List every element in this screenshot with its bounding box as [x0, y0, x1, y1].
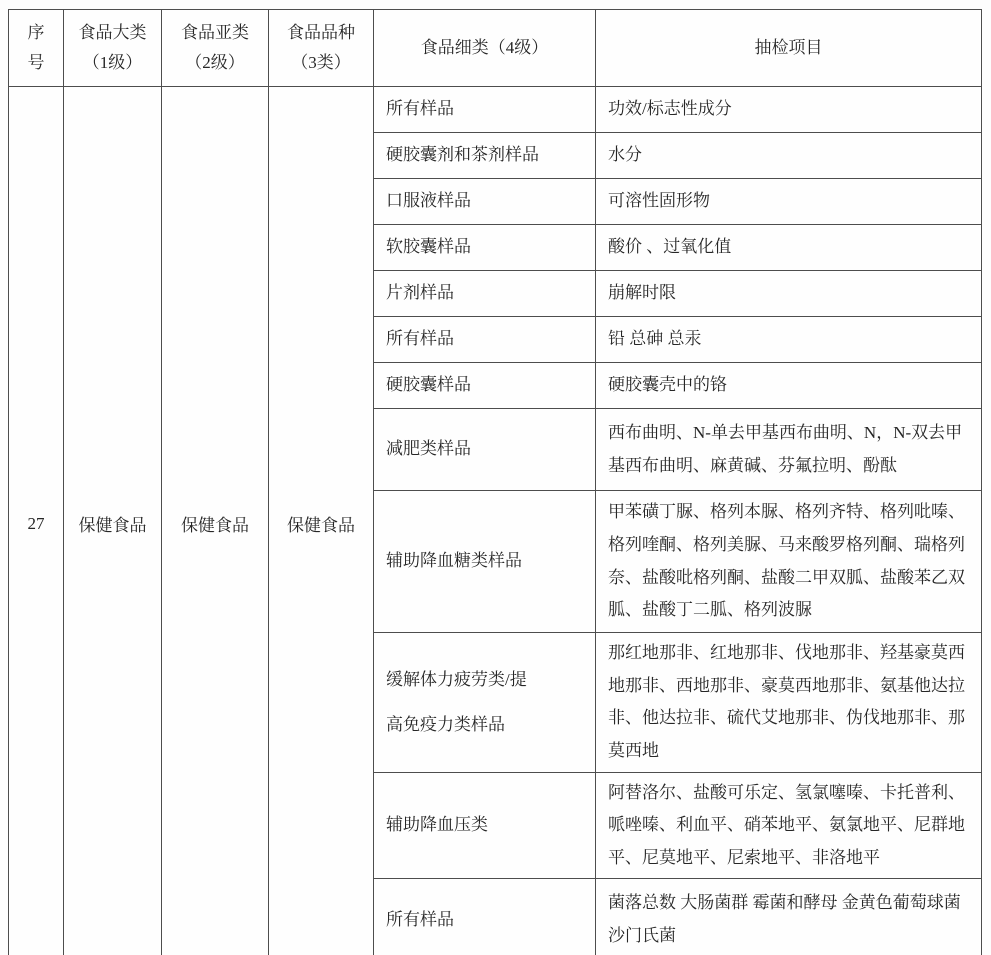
- inspection-items-cell: 阿替洛尔、盐酸可乐定、氢氯噻嗪、卡托普利、哌唑嗪、利血平、硝苯地平、氨氯地平、尼…: [596, 772, 982, 879]
- serial-number-cell: 27: [9, 87, 64, 955]
- header-row: 序 号 食品大类 （1级） 食品亚类 （2级） 食品品种 （3类） 食品细类（4…: [9, 10, 982, 87]
- subcategory-cell: 所有样品: [374, 87, 596, 133]
- subcategory-cell: 辅助降血糖类样品: [374, 491, 596, 633]
- food-inspection-table: 序 号 食品大类 （1级） 食品亚类 （2级） 食品品种 （3类） 食品细类（4…: [8, 9, 982, 955]
- subcategory-cell: 硬胶囊剂和茶剂样品: [374, 133, 596, 179]
- inspection-items-cell: 铅 总砷 总汞: [596, 317, 982, 363]
- inspection-items-cell: 硬胶囊壳中的铬: [596, 363, 982, 409]
- header-category-l1: 食品大类 （1级）: [64, 10, 162, 87]
- subcategory-cell: 减肥类样品: [374, 409, 596, 491]
- subcategory-cell: 片剂样品: [374, 271, 596, 317]
- header-inspection-items: 抽检项目: [596, 10, 982, 87]
- category-l2-cell: 保健食品: [162, 87, 269, 955]
- header-subcategory: 食品细类（4级）: [374, 10, 596, 87]
- header-category-l3: 食品品种 （3类）: [269, 10, 374, 87]
- inspection-items-cell: 甲苯磺丁脲、格列本脲、格列齐特、格列吡嗪、格列喹酮、格列美脲、马来酸罗格列酮、瑞…: [596, 491, 982, 633]
- inspection-items-cell: 崩解时限: [596, 271, 982, 317]
- page: 序 号 食品大类 （1级） 食品亚类 （2级） 食品品种 （3类） 食品细类（4…: [0, 0, 991, 955]
- category-l1-cell: 保健食品: [64, 87, 162, 955]
- inspection-items-cell: 可溶性固形物: [596, 179, 982, 225]
- inspection-items-cell: 酸价 、过氧化值: [596, 225, 982, 271]
- header-category-l2: 食品亚类 （2级）: [162, 10, 269, 87]
- subcategory-cell: 所有样品: [374, 879, 596, 955]
- inspection-items-cell: 西布曲明、N-单去甲基西布曲明、N，N-双去甲基西布曲明、麻黄碱、芬氟拉明、酚酞: [596, 409, 982, 491]
- inspection-items-cell: 水分: [596, 133, 982, 179]
- header-seq: 序 号: [9, 10, 64, 87]
- inspection-items-cell: 那红地那非、红地那非、伐地那非、羟基豪莫西地那非、西地那非、豪莫西地那非、氨基他…: [596, 633, 982, 773]
- subcategory-cell: 缓解体力疲劳类/提 高免疫力类样品: [374, 633, 596, 773]
- subcategory-cell: 硬胶囊样品: [374, 363, 596, 409]
- subcategory-cell: 口服液样品: [374, 179, 596, 225]
- subcategory-cell: 辅助降血压类: [374, 772, 596, 879]
- table-row: 27 保健食品 保健食品 保健食品 所有样品 功效/标志性成分: [9, 87, 982, 133]
- inspection-items-cell: 功效/标志性成分: [596, 87, 982, 133]
- inspection-items-cell: 菌落总数 大肠菌群 霉菌和酵母 金黄色葡萄球菌 沙门氏菌: [596, 879, 982, 955]
- category-l3-cell: 保健食品: [269, 87, 374, 955]
- subcategory-cell: 所有样品: [374, 317, 596, 363]
- subcategory-cell: 软胶囊样品: [374, 225, 596, 271]
